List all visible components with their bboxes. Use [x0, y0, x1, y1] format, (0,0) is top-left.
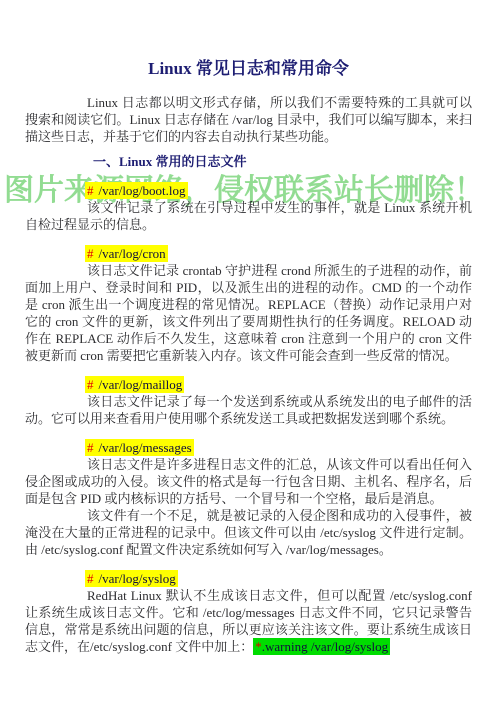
entry-paragraph: 该日志文件是许多进程日志文件的汇总，从该文件可以看出任何入侵企图或成功的入侵。该…: [25, 456, 472, 507]
hash-symbol: #: [87, 440, 94, 455]
highlighted-path-line: #/var/log/boot.log: [85, 183, 472, 199]
log-entry-syslog: #/var/log/syslog RedHat Linux 默认不生成该日志文件…: [25, 571, 472, 655]
highlighted-path-line: #/var/log/cron: [85, 246, 472, 262]
highlighted-path-line: #/var/log/messages: [85, 440, 472, 456]
entry-paragraph: 该日志文件记录 crontab 守护进程 crond 所派生的子进程的动作，前面…: [25, 262, 472, 364]
entry-paragraph: 该日志文件记录了每一个发送到系统或从系统发出的电子邮件的活动。它可以用来查看用户…: [25, 393, 472, 427]
hash-symbol: #: [87, 246, 94, 261]
log-entry-messages: #/var/log/messages 该日志文件是许多进程日志文件的汇总，从该文…: [25, 440, 472, 558]
log-file-path: /var/log/boot.log: [99, 183, 186, 198]
log-entry-bootlog: #/var/log/boot.log 该文件记录了系统在引导过程中发生的事件，就…: [25, 183, 472, 233]
entry-paragraph: 该文件记录了系统在引导过程中发生的事件，就是 Linux 系统开机自检过程显示的…: [25, 199, 472, 233]
config-directive-text: .warning /var/log/syslog: [262, 639, 388, 654]
yellow-highlight: #/var/log/messages: [85, 439, 194, 456]
section-heading: 一、Linux 常用的日志文件: [93, 153, 472, 170]
entry-paragraph: 该文件有一个不足，就是被记录的入侵企图和成功的入侵事件，被淹没在大量的正常进程的…: [25, 507, 472, 558]
log-file-path: /var/log/syslog: [99, 571, 176, 586]
log-file-path: /var/log/messages: [99, 440, 192, 455]
highlighted-path-line: #/var/log/syslog: [85, 571, 472, 587]
hash-symbol: #: [87, 571, 94, 586]
document-page: Linux 常见日志和常用命令 Linux 日志都以明文形式存储，所以我们不需要…: [0, 0, 500, 655]
entry-paragraph-text: RedHat Linux 默认不生成该日志文件，但可以配置 /etc/syslo…: [25, 588, 472, 654]
yellow-highlight: #/var/log/syslog: [85, 570, 178, 587]
green-highlight-config-line: *.warning /var/log/syslog: [253, 638, 390, 655]
log-entry-cron: #/var/log/cron 该日志文件记录 crontab 守护进程 cron…: [25, 246, 472, 364]
page-title: Linux 常见日志和常用命令: [25, 57, 472, 81]
highlighted-path-line: #/var/log/maillog: [85, 377, 472, 393]
yellow-highlight: #/var/log/cron: [85, 245, 168, 262]
log-file-path: /var/log/cron: [99, 246, 166, 261]
log-file-path: /var/log/maillog: [99, 377, 183, 392]
hash-symbol: #: [87, 183, 94, 198]
intro-paragraph: Linux 日志都以明文形式存储，所以我们不需要特殊的工具就可以搜索和阅读它们。…: [25, 94, 472, 145]
hash-symbol: #: [87, 377, 94, 392]
yellow-highlight: #/var/log/boot.log: [85, 182, 188, 199]
entry-paragraph: RedHat Linux 默认不生成该日志文件，但可以配置 /etc/syslo…: [25, 587, 472, 655]
yellow-highlight: #/var/log/maillog: [85, 376, 184, 393]
log-entry-maillog: #/var/log/maillog 该日志文件记录了每一个发送到系统或从系统发出…: [25, 377, 472, 427]
